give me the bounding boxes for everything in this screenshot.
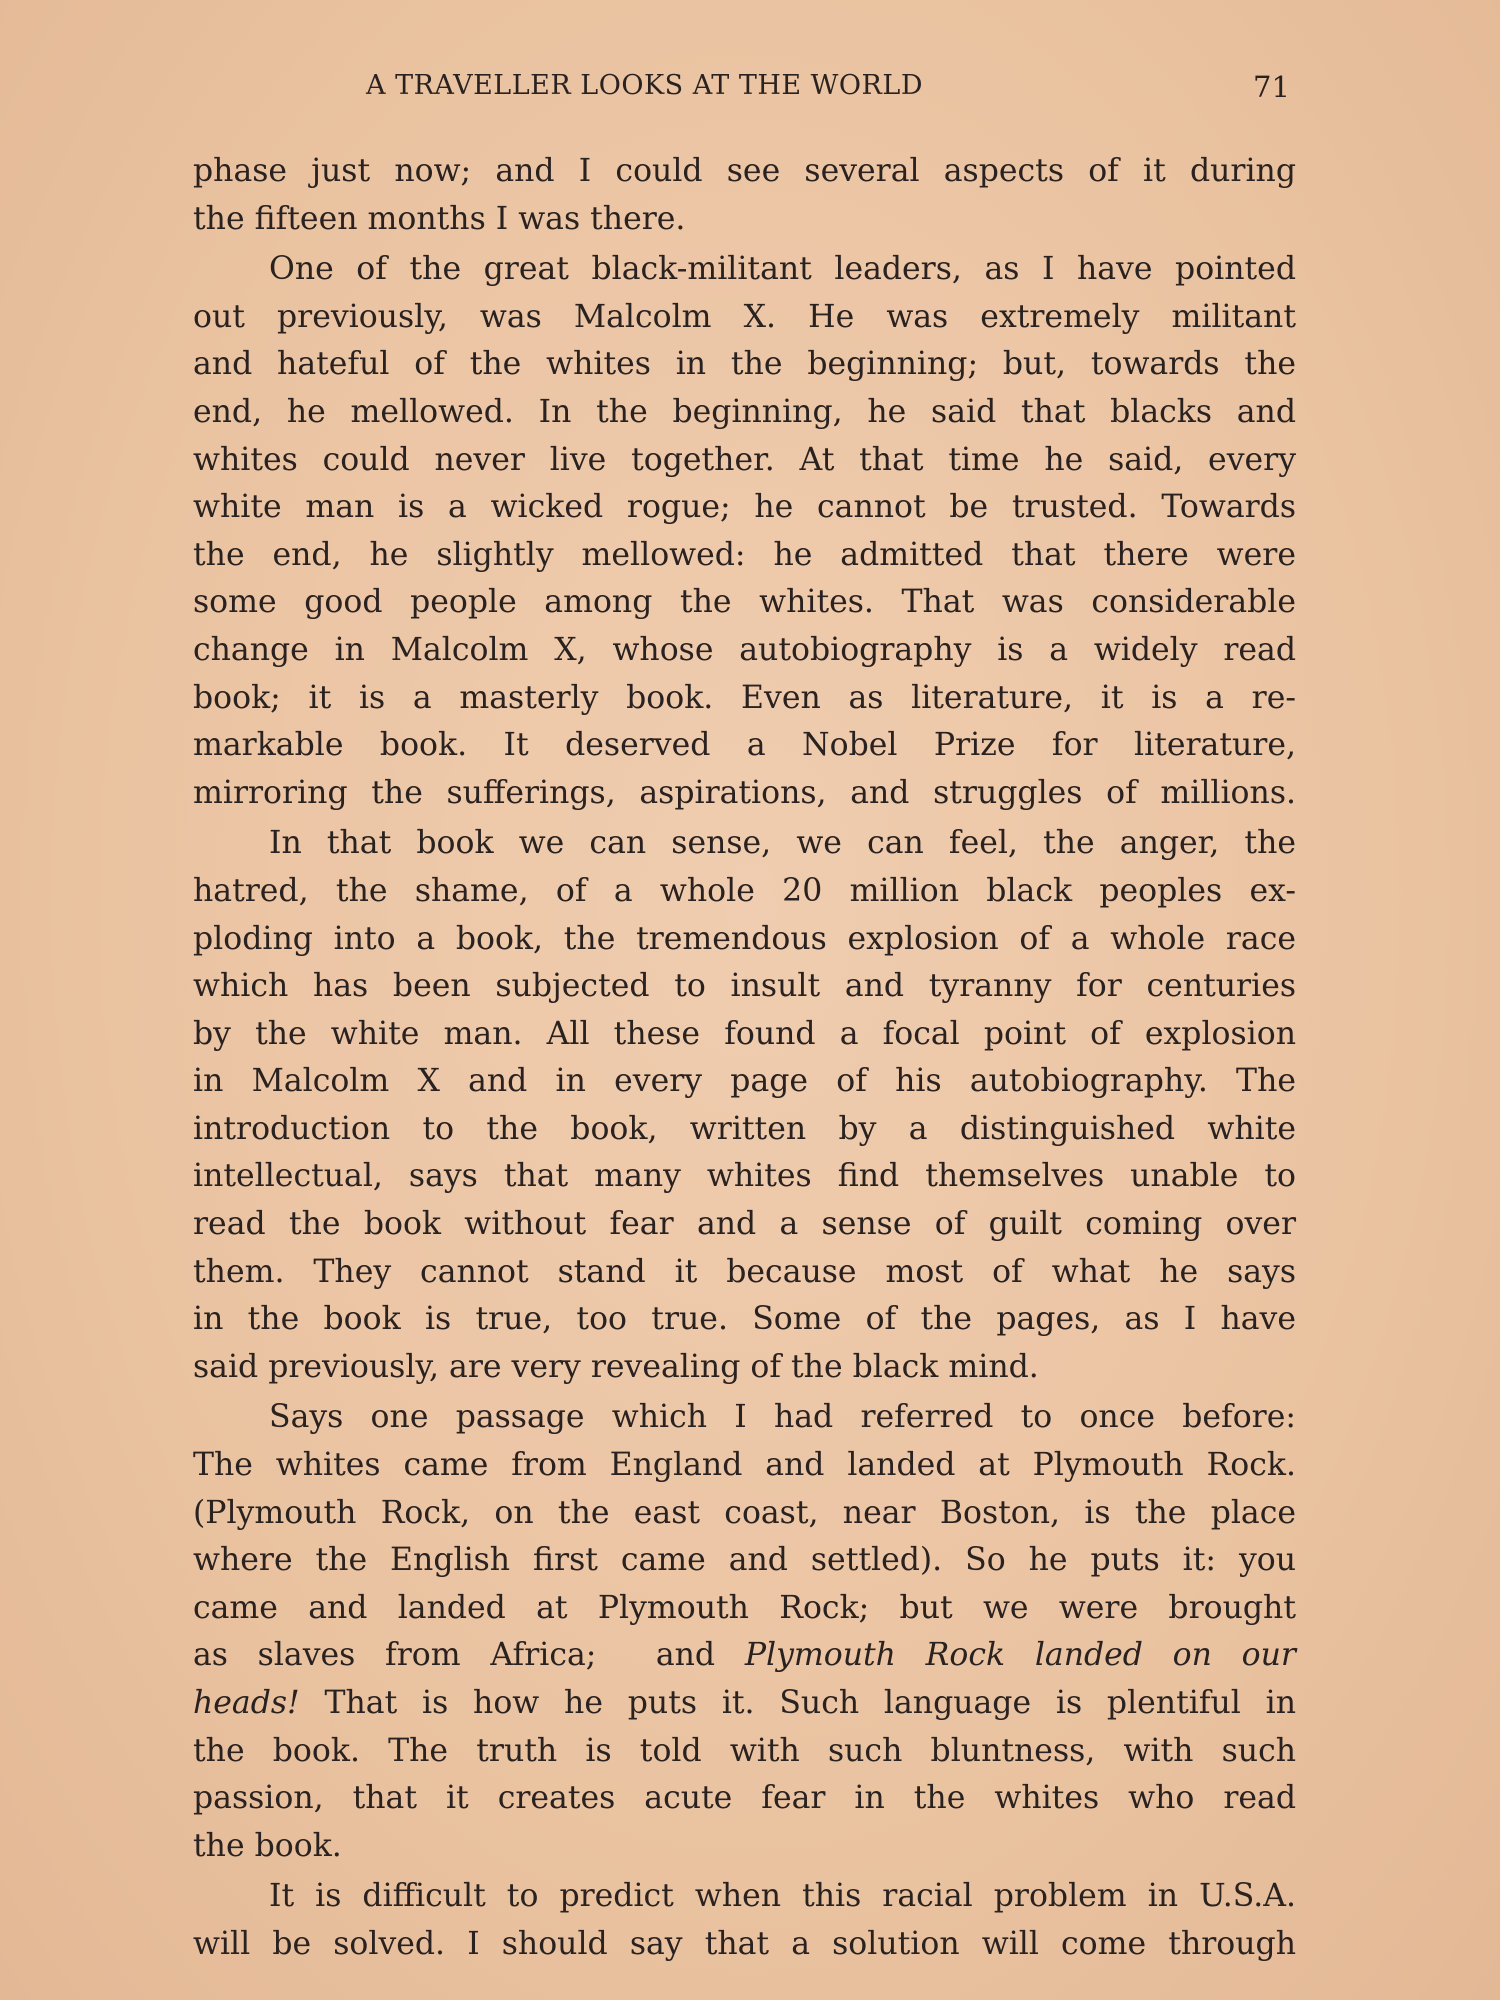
- text-line: markable book. It deserved a Nobel Prize…: [193, 722, 1296, 770]
- page-header: A TRAVELLER LOOKS AT THE WORLD 71: [0, 70, 1500, 110]
- italic-quote: heads!: [193, 1685, 300, 1721]
- text-line: will be solved. I should say that a solu…: [193, 1921, 1296, 1969]
- text-line: where the English first came and settled…: [193, 1537, 1296, 1585]
- text-line: whites could never live together. At tha…: [193, 437, 1296, 485]
- text-line: in Malcolm X and in every page of his au…: [193, 1058, 1296, 1106]
- text-line: introduction to the book, written by a d…: [193, 1106, 1296, 1154]
- text-line: and hateful of the whites in the beginni…: [193, 341, 1296, 389]
- text-segment: That is how he puts it. Such language is…: [300, 1685, 1296, 1721]
- text-line: phase just now; and I could see several …: [193, 148, 1296, 196]
- paragraph-4: Says one passage which I had referred to…: [193, 1394, 1296, 1870]
- text-line: out previously, was Malcolm X. He was ex…: [193, 294, 1296, 342]
- text-line: as slaves from Africa; and Plymouth Rock…: [193, 1632, 1296, 1680]
- text-line: said previously, are very revealing of t…: [193, 1344, 1296, 1392]
- text-line: white man is a wicked rogue; he cannot b…: [193, 484, 1296, 532]
- running-title: A TRAVELLER LOOKS AT THE WORLD: [366, 70, 923, 101]
- paragraph-5: It is difficult to predict when this rac…: [193, 1873, 1296, 1968]
- text-line: some good people among the whites. That …: [193, 579, 1296, 627]
- text-line: (Plymouth Rock, on the east coast, near …: [193, 1490, 1296, 1538]
- text-line: end, he mellowed. In the beginning, he s…: [193, 389, 1296, 437]
- text-line: passion, that it creates acute fear in t…: [193, 1775, 1296, 1823]
- text-line: which has been subjected to insult and t…: [193, 963, 1296, 1011]
- text-line: heads! That is how he puts it. Such lang…: [193, 1680, 1296, 1728]
- text-line: book; it is a masterly book. Even as lit…: [193, 675, 1296, 723]
- italic-quote: Plymouth Rock landed on our: [745, 1637, 1296, 1673]
- text-line: came and landed at Plymouth Rock; but we…: [193, 1585, 1296, 1633]
- text-line: ploding into a book, the tremendous expl…: [193, 916, 1296, 964]
- body-text: phase just now; and I could see several …: [193, 148, 1296, 1969]
- text-line: mirroring the sufferings, aspirations, a…: [193, 770, 1296, 818]
- text-line: the end, he slightly mellowed: he admitt…: [193, 532, 1296, 580]
- text-segment: as slaves from Africa; and: [193, 1637, 745, 1673]
- text-line: the book.: [193, 1823, 1296, 1871]
- text-line: in the book is true, too true. Some of t…: [193, 1296, 1296, 1344]
- text-line: The whites came from England and landed …: [193, 1442, 1296, 1490]
- text-line: the book. The truth is told with such bl…: [193, 1728, 1296, 1776]
- text-line: hatred, the shame, of a whole 20 million…: [193, 868, 1296, 916]
- text-line: intellectual, says that many whites find…: [193, 1153, 1296, 1201]
- text-line: It is difficult to predict when this rac…: [193, 1873, 1296, 1921]
- page-number: 71: [1253, 70, 1290, 104]
- paragraph-2: One of the great black-militant leaders,…: [193, 246, 1296, 817]
- text-line: Says one passage which I had referred to…: [193, 1394, 1296, 1442]
- text-line: In that book we can sense, we can feel, …: [193, 820, 1296, 868]
- paragraph-3: In that book we can sense, we can feel, …: [193, 820, 1296, 1391]
- text-line: change in Malcolm X, whose autobiography…: [193, 627, 1296, 675]
- paragraph-1: phase just now; and I could see several …: [193, 148, 1296, 243]
- text-line: the fifteen months I was there.: [193, 196, 1296, 244]
- text-line: One of the great black-militant leaders,…: [193, 246, 1296, 294]
- text-line: read the book without fear and a sense o…: [193, 1201, 1296, 1249]
- text-line: them. They cannot stand it because most …: [193, 1249, 1296, 1297]
- text-line: by the white man. All these found a foca…: [193, 1011, 1296, 1059]
